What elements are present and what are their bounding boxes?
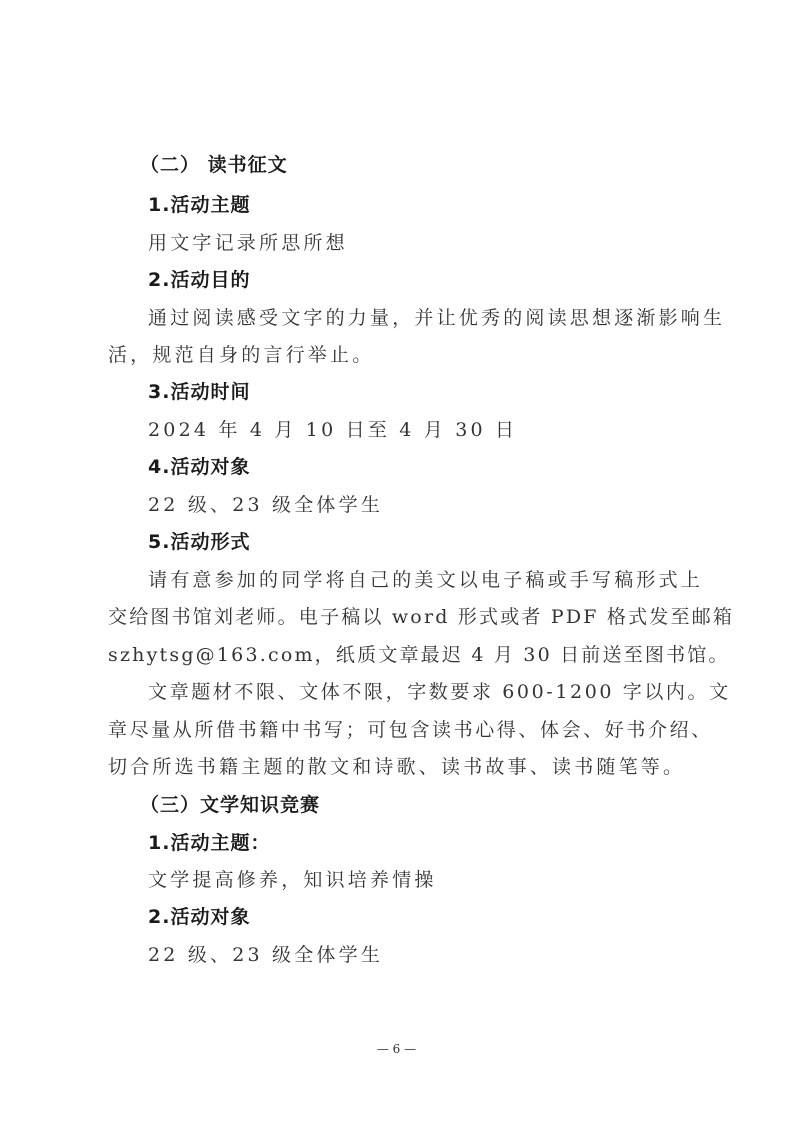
item-body: 文学提高修养，知识培养情操 [148,865,437,892]
section-title: （二） 读书征文 [140,150,288,177]
item-body: 活，规范自身的言行举止。 [108,340,374,367]
item-heading: 1.活动主题 [148,190,250,217]
item-body: 切合所选书籍主题的散文和诗歌、读书故事、读书随笔等。 [108,752,685,779]
section-title: （三）文学知识竞赛 [140,790,320,817]
item-heading: 2.活动对象 [148,902,250,929]
item-heading: 1.活动主题： [148,828,270,855]
item-body: 章尽量从所借书籍中书写；可包含读书心得、体会、好书介绍、 [108,715,713,742]
item-body: 通过阅读感受文字的力量，并让优秀的阅读思想逐渐影响生 [148,303,725,330]
item-heading: 3.活动时间 [148,377,250,404]
page-number: — 6 — [0,1042,793,1056]
item-body: 文章题材不限、文体不限，字数要求 600-1200 字以内。文 [148,677,731,704]
item-body: 2024 年 4 月 10 日至 4 月 30 日 [148,415,517,442]
item-body: 请有意参加的同学将自己的美文以电子稿或手写稿形式上 [148,565,703,592]
item-body: szhytsg@163.com，纸质文章最迟 4 月 30 日前送至图书馆。 [108,640,730,667]
item-body: 22 级、23 级全体学生 [148,940,383,967]
item-body: 交给图书馆刘老师。电子稿以 word 形式或者 PDF 格式发至邮箱 [108,602,734,629]
item-body: 用文字记录所思所想 [148,228,348,255]
item-heading: 2.活动目的 [148,265,250,292]
item-heading: 5.活动形式 [148,527,250,554]
item-heading: 4.活动对象 [148,452,250,479]
item-body: 22 级、23 级全体学生 [148,490,383,517]
